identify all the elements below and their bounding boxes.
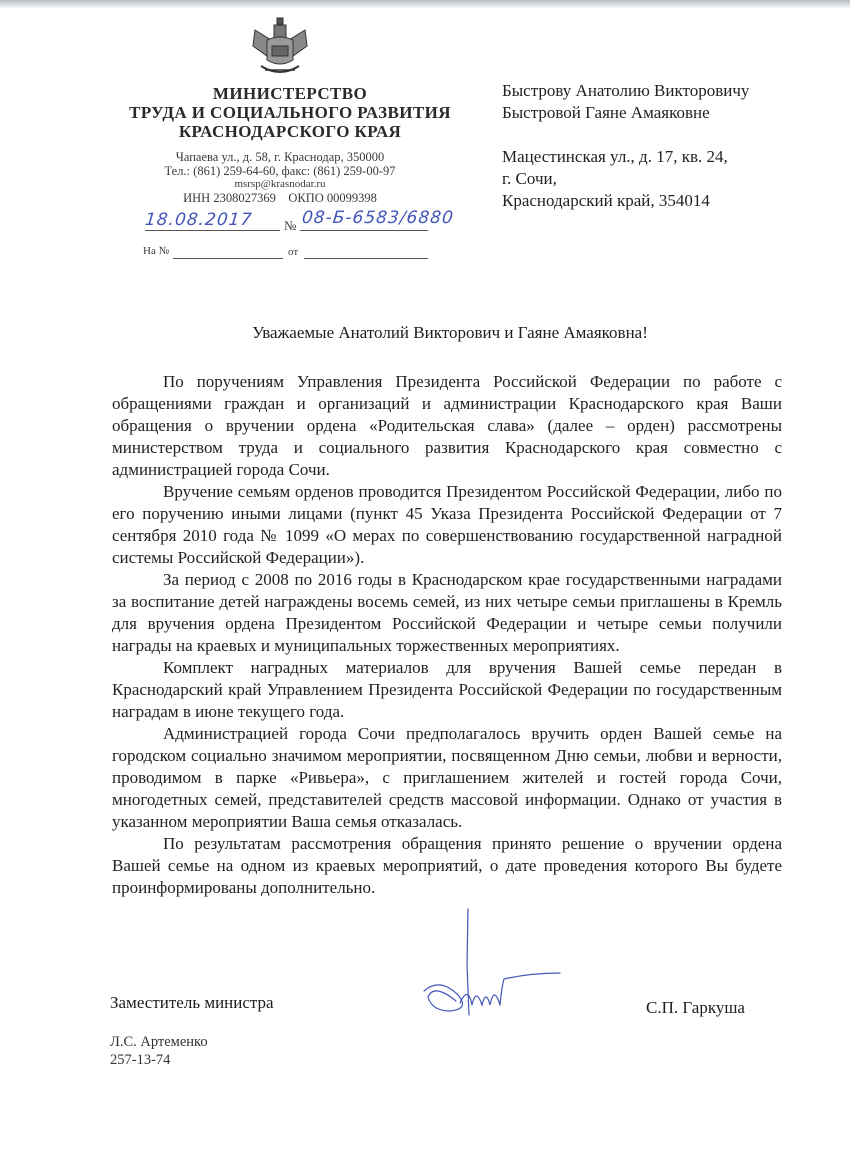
ministry-address: Чапаева ул., д. 58, г. Краснодар, 350000 [110,151,450,165]
executor-block: Л.С. Артеменко 257-13-74 [110,1033,208,1069]
recipient-name: Быстровой Гаяне Амаяковне [502,102,749,124]
ref-number-underline [173,258,283,259]
ministry-name: МИНИСТЕРСТВО ТРУДА И СОЦИАЛЬНОГО РАЗВИТИ… [100,84,480,141]
executor-phone: 257-13-74 [110,1051,208,1069]
body-paragraph: За период с 2008 по 2016 годы в Краснода… [112,569,782,657]
recipient-block: Быстрову Анатолию Викторовичу Быстровой … [502,80,749,212]
ref-number-label: На № [143,245,169,257]
ministry-inn-okpo: ИНН 2308027369 ОКПО 00099398 [110,192,450,206]
executor-name: Л.С. Артеменко [110,1033,208,1051]
salutation: Уважаемые Анатолий Викторович и Гаяне Ам… [100,322,800,344]
ministry-name-line: КРАСНОДАРСКОГО КРАЯ [100,122,480,141]
body-paragraph: Комплект наградных материалов для вручен… [112,657,782,723]
recipient-address-line: г. Сочи, [502,168,749,190]
coat-of-arms-icon [247,16,313,82]
ref-date-underline [304,258,428,259]
ministry-phone-fax: Тел.: (861) 259-64-60, факс: (861) 259-0… [110,165,450,179]
handwritten-signature-icon [410,905,570,1025]
scan-top-edge [0,0,850,9]
ref-from-label: от [288,246,298,258]
signatory-position: Заместитель министра [110,993,274,1013]
date-underline [145,230,280,231]
recipient-address-line: Мацестинская ул., д. 17, кв. 24, [502,146,749,168]
ministry-name-line: МИНИСТЕРСТВО [100,84,480,103]
ministry-email: msrsp@krasnodar.ru [110,178,450,192]
body-paragraph: По результатам рассмотрения обращения пр… [112,833,782,899]
body-paragraph: Администрацией города Сочи предполагалос… [112,723,782,833]
number-label: № [284,218,296,234]
body-paragraph: Вручение семьям орденов проводится Прези… [112,481,782,569]
letter-body: По поручениям Управления Президента Росс… [112,371,782,899]
number-underline [300,230,428,231]
handwritten-reg-number: 08-Б-6583/6880 [301,208,455,228]
ministry-contacts: Чапаева ул., д. 58, г. Краснодар, 350000… [110,151,450,205]
recipient-address-line: Краснодарский край, 354014 [502,190,749,212]
recipient-name: Быстрову Анатолию Викторовичу [502,80,749,102]
signatory-name: С.П. Гаркуша [646,998,745,1018]
ministry-name-line: ТРУДА И СОЦИАЛЬНОГО РАЗВИТИЯ [100,103,480,122]
handwritten-date: 18.08.2017 [144,210,253,230]
body-paragraph: По поручениям Управления Президента Росс… [112,371,782,481]
